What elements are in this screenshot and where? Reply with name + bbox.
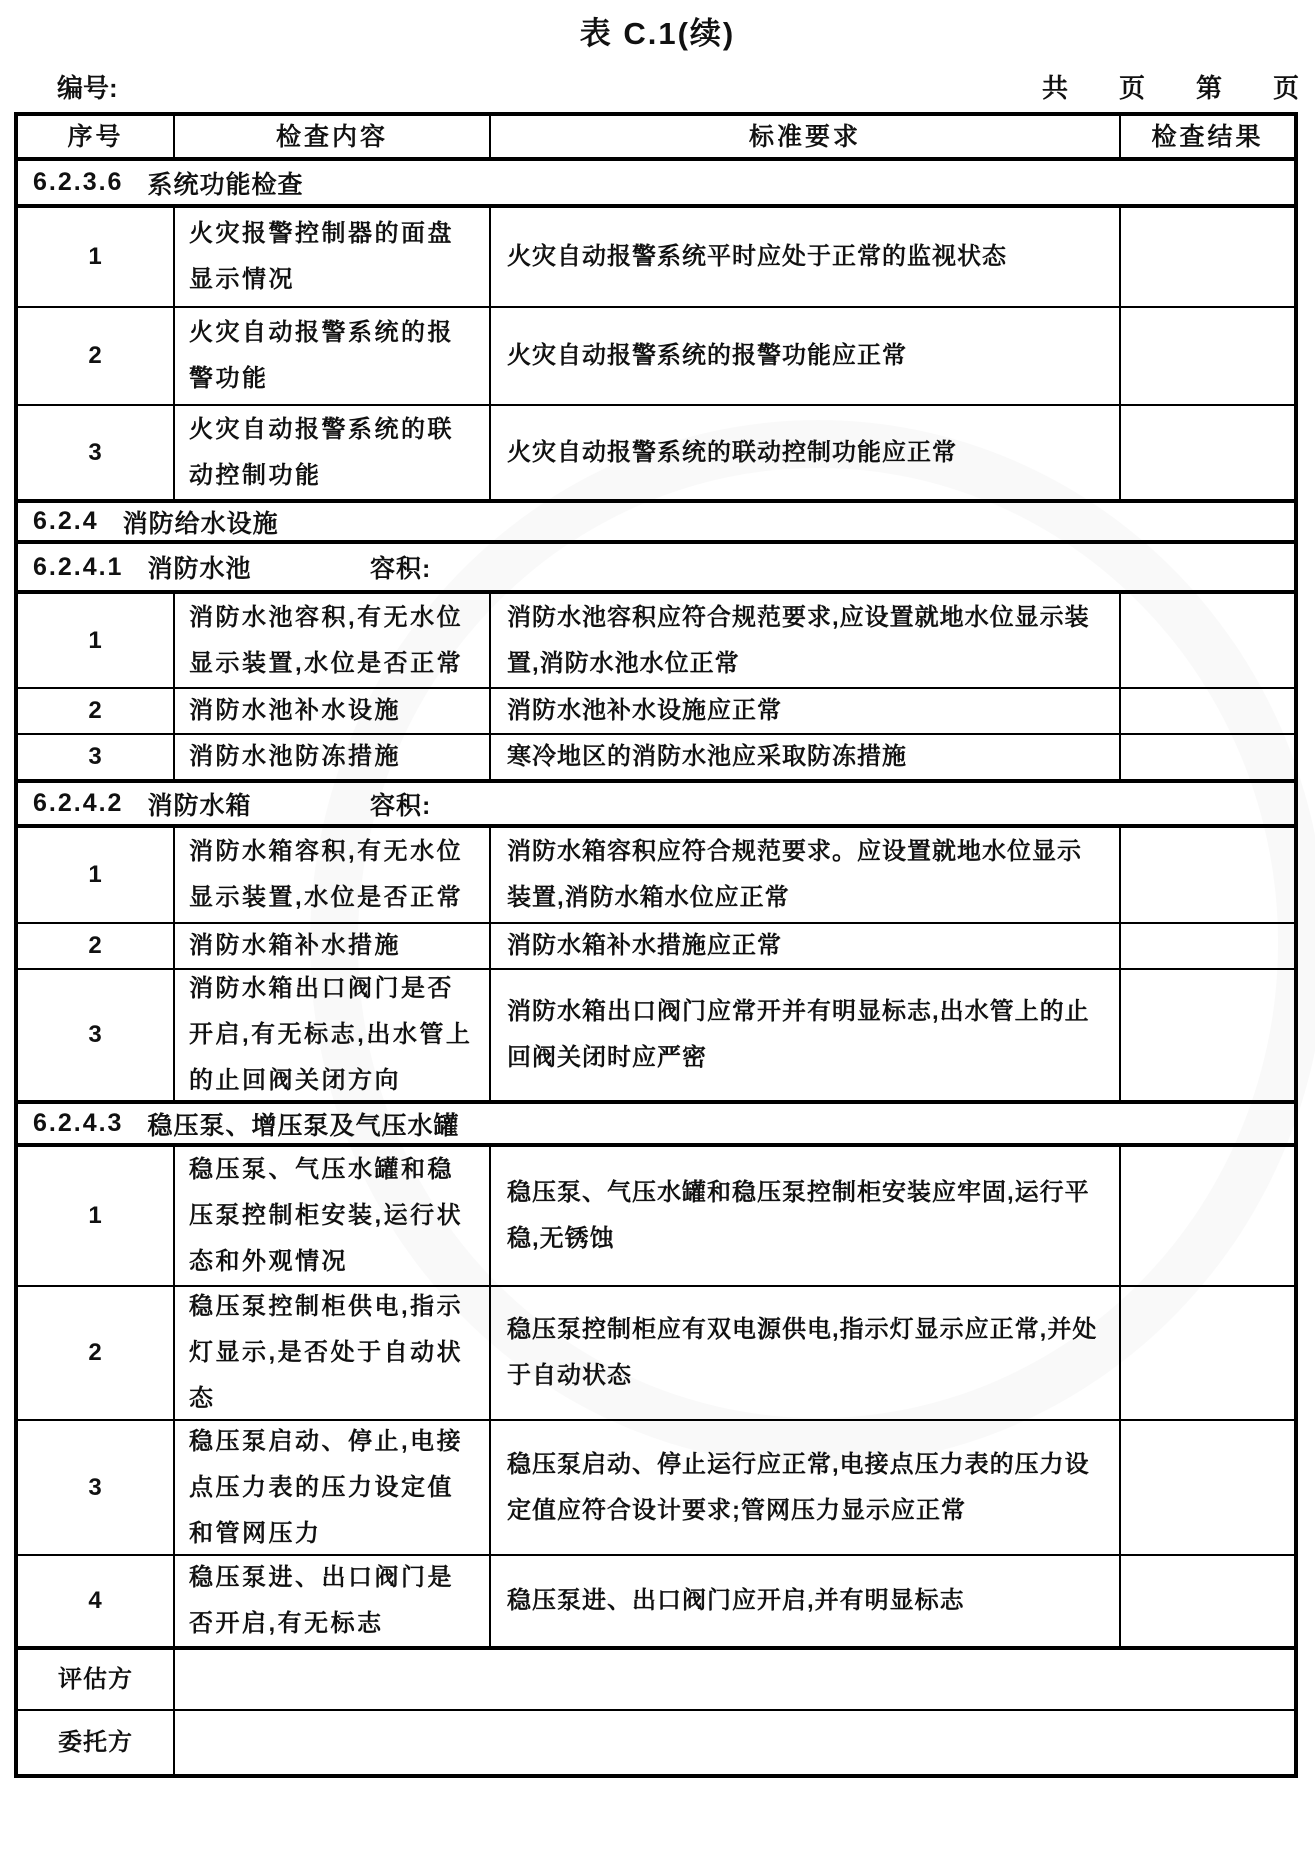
standard-requirement-cell: 消防水箱出口阀门应常开并有明显标志,出水管上的止回阀关闭时应严密 xyxy=(491,970,1121,1100)
table-row: 3 消防水池防冻措施 寒冷地区的消防水池应采取防冻措施 xyxy=(18,735,1294,783)
table-row: 1 火灾报警控制器的面盘显示情况 火灾自动报警系统平时应处于正常的监视状态 xyxy=(18,208,1294,308)
pagination-pages-label: 页 xyxy=(1119,68,1145,105)
assessor-blank-cell xyxy=(175,1650,1294,1709)
row-number-cell: 1 xyxy=(18,828,175,922)
section-code: 6.2.4.3 xyxy=(33,1109,123,1138)
inspection-content-cell: 稳压泵进、出口阀门是否开启,有无标志 xyxy=(175,1556,491,1646)
inspection-content-cell: 火灾自动报警系统的报警功能 xyxy=(175,308,491,404)
inspection-content-cell: 消防水箱容积,有无水位显示装置,水位是否正常 xyxy=(175,828,491,922)
scanned-form-page: 表 C.1(续) 编号: 共 页 第 页 序号 检查内容 标准要求 检查结果 6… xyxy=(0,0,1315,1858)
inspection-result-cell xyxy=(1121,735,1294,779)
table-row: 3 消防水箱出口阀门是否开启,有无标志,出水管上的止回阀关闭方向 消防水箱出口阀… xyxy=(18,970,1294,1104)
client-row: 委托方 xyxy=(18,1711,1294,1774)
section-title: 消防水箱 xyxy=(147,786,251,822)
page-title: 表 C.1(续) xyxy=(0,8,1315,53)
assessor-row: 评估方 xyxy=(18,1650,1294,1711)
inspection-result-cell xyxy=(1121,689,1294,733)
standard-requirement-cell: 火灾自动报警系统平时应处于正常的监视状态 xyxy=(491,208,1121,306)
standard-requirement-cell: 稳压泵控制柜应有双电源供电,指示灯显示应正常,并处于自动状态 xyxy=(491,1287,1121,1419)
section-code: 6.2.3.6 xyxy=(33,168,123,197)
section-code: 6.2.4.2 xyxy=(33,789,123,818)
inspection-result-cell xyxy=(1121,406,1294,499)
inspection-result-cell xyxy=(1121,828,1294,922)
inspection-table: 序号 检查内容 标准要求 检查结果 6.2.3.6 系统功能检查 1 火灾报警控… xyxy=(14,112,1298,1778)
table-row: 2 稳压泵控制柜供电,指示灯显示,是否处于自动状态 稳压泵控制柜应有双电源供电,… xyxy=(18,1287,1294,1421)
inspection-content-cell: 稳压泵、气压水罐和稳压泵控制柜安装,运行状态和外观情况 xyxy=(175,1147,491,1285)
table-row: 1 消防水箱容积,有无水位显示装置,水位是否正常 消防水箱容积应符合规范要求。应… xyxy=(18,828,1294,924)
inspection-content-cell: 稳压泵启动、停止,电接点压力表的压力设定值和管网压力 xyxy=(175,1421,491,1554)
section-title: 消防给水设施 xyxy=(123,504,279,540)
section-row-6243: 6.2.4.3 稳压泵、增压泵及气压水罐 xyxy=(18,1104,1294,1147)
inspection-content-cell: 消防水箱补水措施 xyxy=(175,924,491,968)
inspection-content-cell: 消防水箱出口阀门是否开启,有无标志,出水管上的止回阀关闭方向 xyxy=(175,970,491,1100)
pagination: 共 页 第 页 xyxy=(1042,68,1299,105)
section-code: 6.2.4 xyxy=(33,507,99,536)
inspection-result-cell xyxy=(1121,924,1294,968)
pagination-current-label: 第 xyxy=(1196,68,1222,105)
section-row-6236: 6.2.3.6 系统功能检查 xyxy=(18,161,1294,208)
capacity-label: 容积: xyxy=(370,549,431,585)
row-number-cell: 2 xyxy=(18,689,175,733)
pagination-page-label: 页 xyxy=(1273,68,1299,105)
inspection-result-cell xyxy=(1121,308,1294,404)
table-row: 3 稳压泵启动、停止,电接点压力表的压力设定值和管网压力 稳压泵启动、停止运行应… xyxy=(18,1421,1294,1556)
table-row: 1 稳压泵、气压水罐和稳压泵控制柜安装,运行状态和外观情况 稳压泵、气压水罐和稳… xyxy=(18,1147,1294,1287)
standard-requirement-cell: 稳压泵、气压水罐和稳压泵控制柜安装应牢固,运行平稳,无锈蚀 xyxy=(491,1147,1121,1285)
section-title: 系统功能检查 xyxy=(147,165,303,201)
row-number-cell: 3 xyxy=(18,735,175,779)
section-row-6241: 6.2.4.1 消防水池 容积: xyxy=(18,544,1294,594)
client-blank-cell xyxy=(175,1711,1294,1774)
section-code: 6.2.4.1 xyxy=(33,553,123,582)
inspection-content-cell: 火灾自动报警系统的联动控制功能 xyxy=(175,406,491,499)
col-header-result: 检查结果 xyxy=(1121,116,1294,157)
number-label: 编号: xyxy=(57,68,118,105)
row-number-cell: 2 xyxy=(18,1287,175,1419)
row-number-cell: 3 xyxy=(18,1421,175,1554)
row-number-cell: 1 xyxy=(18,594,175,687)
inspection-content-cell: 消防水池补水设施 xyxy=(175,689,491,733)
inspection-result-cell xyxy=(1121,208,1294,306)
col-header-no: 序号 xyxy=(18,116,175,157)
inspection-result-cell xyxy=(1121,1421,1294,1554)
inspection-content-cell: 消防水池容积,有无水位显示装置,水位是否正常 xyxy=(175,594,491,687)
inspection-content-cell: 消防水池防冻措施 xyxy=(175,735,491,779)
row-number-cell: 1 xyxy=(18,208,175,306)
client-label: 委托方 xyxy=(18,1711,175,1774)
row-number-cell: 1 xyxy=(18,1147,175,1285)
inspection-result-cell xyxy=(1121,1287,1294,1419)
pagination-total-label: 共 xyxy=(1042,68,1068,105)
standard-requirement-cell: 消防水箱补水措施应正常 xyxy=(491,924,1121,968)
section-title: 稳压泵、增压泵及气压水罐 xyxy=(147,1106,459,1142)
standard-requirement-cell: 稳压泵启动、停止运行应正常,电接点压力表的压力设定值应符合设计要求;管网压力显示… xyxy=(491,1421,1121,1554)
row-number-cell: 3 xyxy=(18,970,175,1100)
table-row: 2 消防水池补水设施 消防水池补水设施应正常 xyxy=(18,689,1294,735)
standard-requirement-cell: 消防水箱容积应符合规范要求。应设置就地水位显示装置,消防水箱水位应正常 xyxy=(491,828,1121,922)
inspection-content-cell: 火灾报警控制器的面盘显示情况 xyxy=(175,208,491,306)
row-number-cell: 3 xyxy=(18,406,175,499)
standard-requirement-cell: 稳压泵进、出口阀门应开启,并有明显标志 xyxy=(491,1556,1121,1646)
table-row: 1 消防水池容积,有无水位显示装置,水位是否正常 消防水池容积应符合规范要求,应… xyxy=(18,594,1294,689)
standard-requirement-cell: 消防水池容积应符合规范要求,应设置就地水位显示装置,消防水池水位正常 xyxy=(491,594,1121,687)
inspection-result-cell xyxy=(1121,594,1294,687)
table-row: 2 火灾自动报警系统的报警功能 火灾自动报警系统的报警功能应正常 xyxy=(18,308,1294,406)
section-row-6242: 6.2.4.2 消防水箱 容积: xyxy=(18,783,1294,828)
meta-line: 编号: 共 页 第 页 xyxy=(0,62,1315,96)
table-row: 4 稳压泵进、出口阀门是否开启,有无标志 稳压泵进、出口阀门应开启,并有明显标志 xyxy=(18,1556,1294,1650)
assessor-label: 评估方 xyxy=(18,1650,175,1709)
standard-requirement-cell: 火灾自动报警系统的报警功能应正常 xyxy=(491,308,1121,404)
inspection-result-cell xyxy=(1121,1147,1294,1285)
section-title: 消防水池 xyxy=(147,549,251,585)
col-header-requirement: 标准要求 xyxy=(491,116,1121,157)
row-number-cell: 2 xyxy=(18,924,175,968)
inspection-result-cell xyxy=(1121,970,1294,1100)
inspection-content-cell: 稳压泵控制柜供电,指示灯显示,是否处于自动状态 xyxy=(175,1287,491,1419)
section-row-624: 6.2.4 消防给水设施 xyxy=(18,503,1294,544)
standard-requirement-cell: 消防水池补水设施应正常 xyxy=(491,689,1121,733)
table-row: 2 消防水箱补水措施 消防水箱补水措施应正常 xyxy=(18,924,1294,970)
standard-requirement-cell: 寒冷地区的消防水池应采取防冻措施 xyxy=(491,735,1121,779)
col-header-content: 检查内容 xyxy=(175,116,491,157)
inspection-result-cell xyxy=(1121,1556,1294,1646)
standard-requirement-cell: 火灾自动报警系统的联动控制功能应正常 xyxy=(491,406,1121,499)
table-row: 3 火灾自动报警系统的联动控制功能 火灾自动报警系统的联动控制功能应正常 xyxy=(18,406,1294,503)
row-number-cell: 2 xyxy=(18,308,175,404)
row-number-cell: 4 xyxy=(18,1556,175,1646)
table-header-row: 序号 检查内容 标准要求 检查结果 xyxy=(18,116,1294,161)
capacity-label: 容积: xyxy=(370,786,431,822)
